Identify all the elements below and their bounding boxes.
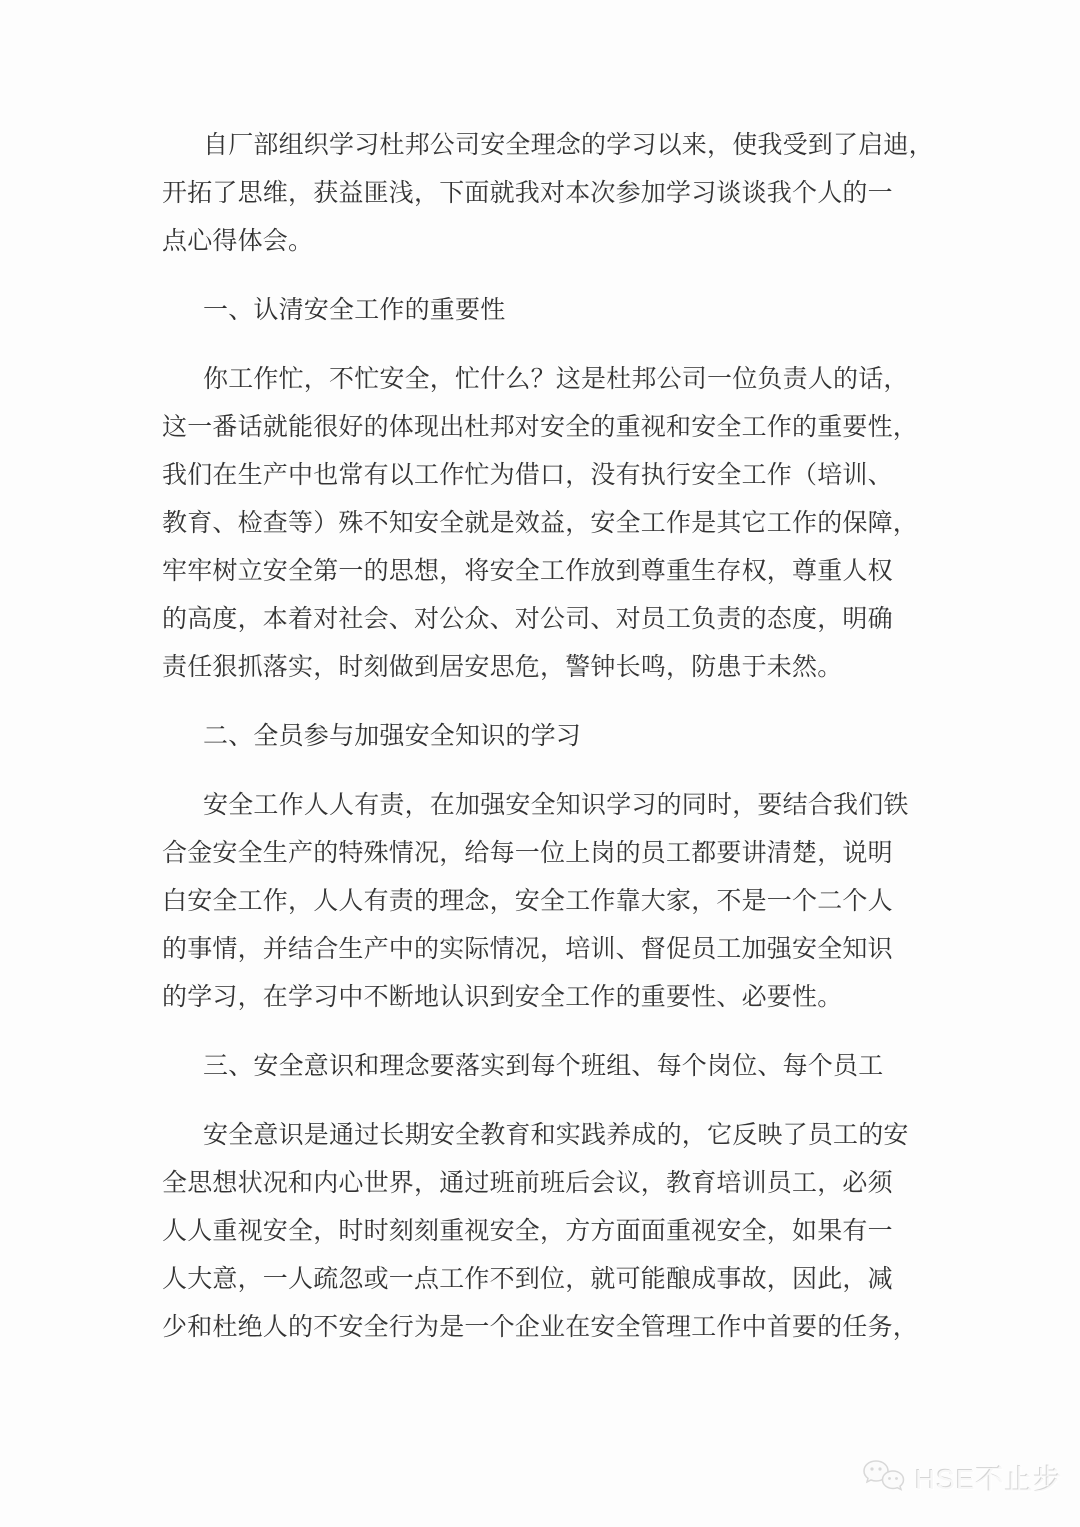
text-line: 人大意，一人疏忽或一点工作不到位，就可能酿成事故，因此，减 xyxy=(162,1256,952,1304)
text-line: 的学习，在学习中不断地认识到安全工作的重要性、必要性。 xyxy=(162,974,952,1022)
text-line: 的事情，并结合生产中的实际情况，培训、督促员工加强安全知识 xyxy=(162,926,952,974)
watermark-label: HSE不止步 xyxy=(915,1458,1063,1498)
section-heading-2: 二、全员参与加强安全知识的学习 xyxy=(162,713,952,761)
text-line: 这一番话就能很好的体现出杜邦对安全的重视和安全工作的重要性， xyxy=(162,404,952,452)
text-line: 牢牢树立安全第一的思想，将安全工作放到尊重生存权，尊重人权 xyxy=(162,548,952,596)
document-body: 自厂部组织学习杜邦公司安全理念的学习以来，使我受到了启迪， 开拓了思维，获益匪浅… xyxy=(162,122,952,1373)
text-line: 自厂部组织学习杜邦公司安全理念的学习以来，使我受到了启迪， xyxy=(162,122,952,170)
text-line: 合金安全生产的特殊情况，给每一位上岗的员工都要讲清楚，说明 xyxy=(162,830,952,878)
section-heading-1: 一、认清安全工作的重要性 xyxy=(162,287,952,335)
text-line: 责任狠抓落实，时刻做到居安思危，警钟长鸣，防患于未然。 xyxy=(162,644,952,692)
heading-line: 三、安全意识和理念要落实到每个班组、每个岗位、每个员工 xyxy=(162,1043,952,1091)
text-line: 点心得体会。 xyxy=(162,218,952,266)
text-line: 开拓了思维，获益匪浅，下面就我对本次参加学习谈谈我个人的一 xyxy=(162,170,952,218)
paragraph-intro: 自厂部组织学习杜邦公司安全理念的学习以来，使我受到了启迪， 开拓了思维，获益匪浅… xyxy=(162,122,952,266)
text-line: 少和杜绝人的不安全行为是一个企业在安全管理工作中首要的任务， xyxy=(162,1304,952,1352)
text-line: 全思想状况和内心世界，通过班前班后会议，教育培训员工，必须 xyxy=(162,1160,952,1208)
document-page: 自厂部组织学习杜邦公司安全理念的学习以来，使我受到了启迪， 开拓了思维，获益匪浅… xyxy=(0,0,1080,1527)
paragraph-section-3: 安全意识是通过长期安全教育和实践养成的，它反映了员工的安 全思想状况和内心世界，… xyxy=(162,1112,952,1352)
text-line: 白安全工作，人人有责的理念，安全工作靠大家，不是一个二个人 xyxy=(162,878,952,926)
text-line: 人人重视安全，时时刻刻重视安全，方方面面重视安全，如果有一 xyxy=(162,1208,952,1256)
section-heading-3: 三、安全意识和理念要落实到每个班组、每个岗位、每个员工 xyxy=(162,1043,952,1091)
text-line: 安全工作人人有责，在加强安全知识学习的同时，要结合我们铁 xyxy=(162,782,952,830)
heading-line: 一、认清安全工作的重要性 xyxy=(162,287,952,335)
text-line: 安全意识是通过长期安全教育和实践养成的，它反映了员工的安 xyxy=(162,1112,952,1160)
paragraph-section-1: 你工作忙，不忙安全，忙什么？这是杜邦公司一位负责人的话， 这一番话就能很好的体现… xyxy=(162,356,952,692)
watermark: HSE不止步 xyxy=(862,1458,1063,1498)
heading-line: 二、全员参与加强安全知识的学习 xyxy=(162,713,952,761)
wechat-icon xyxy=(862,1459,908,1497)
text-line: 你工作忙，不忙安全，忙什么？这是杜邦公司一位负责人的话， xyxy=(162,356,952,404)
paragraph-section-2: 安全工作人人有责，在加强安全知识学习的同时，要结合我们铁 合金安全生产的特殊情况… xyxy=(162,782,952,1022)
text-line: 的高度，本着对社会、对公众、对公司、对员工负责的态度，明确 xyxy=(162,596,952,644)
text-line: 教育、检查等）殊不知安全就是效益，安全工作是其它工作的保障， xyxy=(162,500,952,548)
text-line: 我们在生产中也常有以工作忙为借口，没有执行安全工作（培训、 xyxy=(162,452,952,500)
